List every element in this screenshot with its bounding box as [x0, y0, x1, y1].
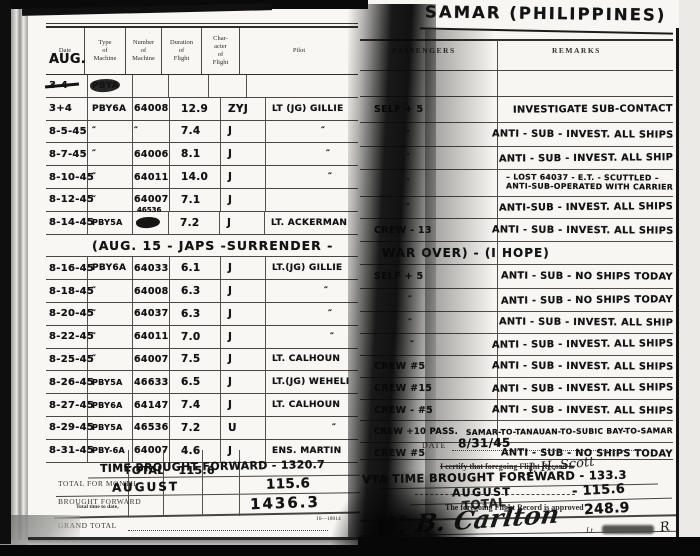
pilot-cell: ″: [266, 121, 358, 143]
number-cell: 64008: [133, 98, 170, 120]
log-row: CREW - #5 ANTI - SUB - INVEST. ALL SHIPS: [360, 400, 673, 421]
flight-row: 8-27-45 PBY6A 64147 7.4 J LT. CALHOUN: [46, 394, 358, 417]
right-page-edge: [676, 28, 679, 540]
passengers-cell: CREW - #5: [360, 405, 482, 416]
table-header-row: Date Type of Machine Number of Machine D…: [46, 28, 358, 75]
war-over-note: WAR OVER) - (I HOPE): [360, 246, 550, 260]
scan-edge-left: [0, 0, 11, 544]
date-cell: 8-14-45: [46, 212, 88, 234]
duration-cell: 8.1: [170, 143, 221, 165]
duration-cell: 7.1: [170, 189, 221, 211]
duration-cell: 7.4: [170, 121, 221, 143]
character-cell: J: [221, 326, 266, 348]
total-time-to-date-label: Total time to date,: [76, 504, 119, 510]
log-row: SELF + 5 ANTI - SUB - NO SHIPS TODAY: [360, 265, 673, 289]
log-row: ″ – LOST 64037 - E.T. - SCUTTLED – ANTI-…: [360, 170, 673, 197]
passengers-cell: SELF + 5: [360, 271, 491, 282]
date-cell: 8-5-45: [46, 121, 88, 143]
pilot-cell: LT (JG) GILLIE: [266, 98, 358, 120]
passengers-cell: CREW #15: [360, 383, 482, 394]
passengers-cell: CREW - 13: [360, 225, 482, 236]
form-number: 16—18014: [316, 516, 341, 522]
date-value: 8/31/45: [458, 436, 511, 451]
pilot-cell: [247, 75, 358, 97]
surrender-note: (AUG. 15 - JAPS -SURRENDER -: [46, 238, 333, 253]
log-row: ″ ANTI - SUB - INVEST. ALL SHIP: [360, 147, 673, 170]
grand-total-value: 248.9: [584, 500, 631, 518]
pilot-cell: ″: [266, 326, 358, 348]
approver-signature: W. B. Carlton: [372, 499, 561, 541]
pilot-cell: LT. CALHOUN: [266, 349, 358, 371]
log-row: CREW +10 PASS. SAMAR-TO-TANAUAN-TO-SUBIC…: [360, 421, 673, 443]
flight-row: 8-18-45 ″ 64008 6.3 J ″: [46, 280, 358, 303]
date-cell: 8-29-45: [46, 417, 88, 439]
duration-cell: 14.0: [170, 166, 221, 188]
character-cell: J: [221, 143, 266, 165]
date-cell: 8-31-45: [46, 440, 88, 462]
flight-row: 8-20-45 ″ 64037 6.3 J ″: [46, 303, 358, 326]
duration-cell: [169, 75, 209, 97]
type-cell: PBY6A: [88, 394, 133, 416]
remarks-cell: ANTI - SUB - NO SHIPS TODAY: [491, 294, 673, 307]
scan-edge-bottom: [0, 545, 700, 556]
flight-row: 8-14-45 PBY5A 46536 7.2 J LT. ACKERMAN: [46, 212, 358, 235]
log-row: ″ ANTI - SUB - NO SHIPS TODAY: [360, 289, 673, 312]
duration-cell: 7.2: [170, 417, 221, 439]
signature-tail: R: [659, 519, 671, 535]
duration-cell: 7.2: [169, 212, 220, 234]
number-cell: 64007: [133, 349, 170, 371]
flight-row: 8-16-45 PBY6A 64033 6.1 J LT.(JG) GILLIE: [46, 257, 358, 280]
log-row: CREW #5 ANTI - SUB - NO SHIPS TODAY: [360, 443, 673, 464]
duration-cell: 7.4: [170, 394, 221, 416]
remarks-cell: ANTI - SUB - INVEST. ALL SHIPS: [481, 224, 673, 236]
type-cell: ″: [88, 166, 133, 188]
flight-row: 3-4 PBYA: [46, 75, 358, 98]
date-cell: 8-27-45: [46, 394, 88, 416]
flight-row: 8-29-45 PBY5A 46536 7.2 U ″: [46, 417, 358, 440]
duration-cell: 6.5: [170, 371, 221, 393]
date-cell: 3-4: [46, 75, 88, 97]
log-row: CREW #5 ANTI - SUB - INVEST. ALL SHIPS: [360, 356, 673, 378]
date-cell: 8-7-45: [46, 143, 88, 165]
remarks-cell: ANTI-SUB - INVEST. ALL SHIPS: [473, 201, 673, 214]
flight-row: 8-22-45 ″ 64011 7.0 J ″: [46, 326, 358, 349]
passengers-header: PASSENGERS: [392, 46, 456, 55]
remarks-cell: ANTI - SUB - INVEST. ALL SHIPS: [481, 382, 673, 395]
type-cell: PBY5A: [88, 371, 133, 393]
number-cell: 64033: [133, 257, 170, 279]
number-cell: 64037: [133, 303, 170, 325]
duration-cell: 4.6: [170, 440, 221, 462]
date-cell: 8-25-45: [46, 349, 88, 371]
header-number-of-machine: Number of Machine: [126, 28, 162, 74]
character-cell: J: [220, 212, 265, 234]
number-cell: 46536: [133, 417, 170, 439]
pilot-cell: LT. CALHOUN: [266, 394, 358, 416]
month-total-value: 115.6: [266, 475, 311, 493]
type-cell: ″: [88, 121, 133, 143]
flight-log-table: Date Type of Machine Number of Machine D…: [46, 26, 358, 479]
remarks-line2: ANTI-SUB-OPERATED WITH CARRIER: [506, 182, 673, 192]
remarks-cell: ANTI - SUB - INVEST. ALL SHIPS: [463, 128, 673, 140]
date-cell: 8-12-45: [46, 189, 88, 211]
duration-cell: 7.0: [170, 326, 221, 348]
remarks-cell: INVESTIGATE SUB-CONTACT: [503, 103, 673, 115]
right-page: SAMAR (PHILIPPINES) PASSENGERS REMARKS S…: [360, 0, 679, 545]
character-cell: J: [221, 394, 266, 416]
pilot-cell: LT.(JG) WEHELI: [266, 371, 358, 393]
type-cell: ″: [88, 303, 133, 325]
number-cell: 64007: [133, 440, 170, 462]
remarks-cell: ANTI - SUB - INVEST. ALL SHIPS: [481, 338, 673, 351]
duration-cell: 7.5: [170, 349, 221, 371]
passengers-cell: ″: [360, 203, 473, 213]
corrected-number: 46536: [137, 206, 161, 214]
date-cell: 8-22-45: [46, 326, 88, 348]
number-cell: 46536: [133, 212, 169, 234]
log-row: CREW - 13 ANTI - SUB - INVEST. ALL SHIPS: [360, 219, 673, 242]
log-row: ″ ANTI - SUB - INVEST. ALL SHIPS: [360, 123, 673, 147]
duration-cell: 6.3: [170, 303, 221, 325]
remarks-header: REMARKS: [552, 46, 601, 55]
number-cell: 64006: [133, 143, 170, 165]
log-row: ″ ANTI - SUB - INVEST. ALL SHIP: [360, 312, 673, 334]
pilot-cell: ″: [266, 143, 358, 165]
type-cell: ″: [88, 326, 133, 348]
passengers-cell: CREW #5: [360, 361, 482, 372]
number-cell: 64011: [133, 166, 170, 188]
type-cell: PBY5A: [88, 212, 133, 234]
character-cell: J: [221, 257, 266, 279]
passengers-cell: ″: [360, 318, 489, 328]
date-cell: 8-10-45: [46, 166, 88, 188]
logbook-scan: Date Type of Machine Number of Machine D…: [0, 0, 700, 556]
flight-row: 8-7-45 ″ 64006 8.1 J ″: [46, 143, 358, 166]
pilot-cell: ″: [266, 166, 358, 188]
number-cell: 64011: [133, 326, 170, 348]
grand-total-line: [128, 530, 328, 531]
date-cell: 8-16-45: [46, 257, 88, 279]
pilot-cell: ″: [266, 280, 358, 302]
pilot-cell: ″: [266, 417, 358, 439]
war-over-row: WAR OVER) - (I HOPE): [360, 242, 673, 265]
character-cell: J: [221, 280, 266, 302]
log-row: CREW #15 ANTI - SUB - INVEST. ALL SHIPS: [360, 378, 673, 400]
character-cell: J: [221, 166, 266, 188]
ink-scribble: [135, 216, 160, 229]
remarks-cell: ANTI - SUB - INVEST. ALL SHIPS: [481, 404, 673, 416]
number-cell: [133, 75, 169, 97]
passengers-cell: SELF + 5: [360, 104, 503, 115]
pilot-cell: LT. ACKERMAN: [265, 212, 358, 234]
remarks-cell: – LOST 64037 - E.T. - SCUTTLED – ANTI-SU…: [496, 173, 673, 192]
type-cell: ″: [88, 143, 133, 165]
type-cell: PBY6A: [88, 257, 133, 279]
pilot-cell: LT.(JG) GILLIE: [266, 257, 358, 279]
log-row: ″ ANTI-SUB - INVEST. ALL SHIPS: [360, 197, 673, 219]
pilot-cell: [266, 189, 358, 211]
remarks-cell: ANTI - SUB - INVEST. ALL SHIP: [489, 316, 673, 328]
header-type-of-machine: Type of Machine: [85, 28, 126, 74]
character-cell: J: [221, 371, 266, 393]
passengers-cell: ″: [360, 130, 464, 140]
character-cell: J: [221, 121, 266, 143]
flight-row: 8-10-45 ″ 64011 14.0 J ″: [46, 166, 358, 189]
flight-row: 8-26-45 PBY5A 46633 6.5 J LT.(JG) WEHELI: [46, 371, 358, 394]
remarks-cell: ANTI - SUB - NO SHIPS TODAY: [491, 270, 673, 282]
pilot-cell: ″: [266, 303, 358, 325]
number-cell: 46633: [133, 371, 170, 393]
passengers-cell: ″: [360, 295, 491, 305]
passengers-cell: ″: [360, 153, 469, 163]
duration-cell: 6.1: [170, 257, 221, 279]
header-duration-of-flight: Duration of Flight: [162, 28, 202, 74]
type-cell: PBY5A: [88, 417, 133, 439]
duration-cell: 6.3: [170, 280, 221, 302]
signature-rank: Lt.: [586, 526, 595, 535]
month-annotation: AUG.: [49, 52, 86, 67]
type-cell: PBYA: [88, 75, 133, 97]
character-cell: J: [221, 349, 266, 371]
flight-row: 8-5-45 ″ ″ 7.4 J ″: [46, 121, 358, 144]
page-title: SAMAR (PHILIPPINES): [425, 2, 667, 24]
header-pilot: Pilot: [240, 28, 358, 74]
scan-margin-right: [679, 0, 700, 556]
passengers-cell: CREW +10 PASS.: [360, 427, 462, 437]
flight-row: 8-25-45 ″ 64007 7.5 J LT. CALHOUN: [46, 349, 358, 372]
type-cell: ″: [88, 349, 133, 371]
month-total-value: - 115.6: [572, 482, 626, 500]
type-cell: ″: [88, 280, 133, 302]
brought-forward-value: 1436.3: [250, 493, 320, 513]
type-cell: PBY-6A: [88, 440, 133, 462]
header-character-of-flight: Char- acter of Flight: [202, 28, 240, 74]
duration-cell: 12.9: [170, 98, 221, 120]
number-cell: ″: [133, 121, 170, 143]
log-row: ″ ANTI - SUB - INVEST. ALL SHIPS: [360, 334, 673, 356]
flight-row: 8-12-45 ″ 64007 7.1 J: [46, 189, 358, 212]
number-cell: 64147: [133, 394, 170, 416]
date-cell: 8-20-45: [46, 303, 88, 325]
remarks-rows: SELF + 5 INVESTIGATE SUB-CONTACT ″ ANTI …: [360, 97, 673, 464]
date-label: DATE: [422, 441, 446, 450]
date-cell: 8-26-45: [46, 371, 88, 393]
character-cell: J: [221, 189, 266, 211]
character-cell: J: [221, 303, 266, 325]
header-date: Date: [46, 28, 85, 74]
type-cell: ″: [88, 189, 133, 211]
remarks-cell: ANTI - SUB - INVEST. ALL SHIP: [469, 152, 673, 165]
surrender-note-row: (AUG. 15 - JAPS -SURRENDER -: [46, 235, 358, 258]
log-row: SELF + 5 INVESTIGATE SUB-CONTACT: [360, 97, 673, 123]
passengers-cell: ″: [360, 178, 496, 188]
remarks-cell: ANTI - SUB - INVEST. ALL SHIPS: [481, 360, 673, 372]
passengers-cell: ″: [360, 340, 482, 350]
left-page: Date Type of Machine Number of Machine D…: [28, 8, 360, 540]
character-cell: [209, 75, 247, 97]
date-cell: 3+4: [46, 98, 88, 120]
month-handwritten: AUGUST: [112, 479, 179, 494]
date-cell: 8-18-45: [46, 280, 88, 302]
character-cell: ZYJ: [221, 98, 266, 120]
character-cell: U: [221, 417, 266, 439]
type-cell: PBY6A: [88, 98, 133, 120]
flight-row: 3+4 PBY6A 64008 12.9 ZYJ LT (JG) GILLIE: [46, 98, 358, 121]
number-cell: 64008: [133, 280, 170, 302]
